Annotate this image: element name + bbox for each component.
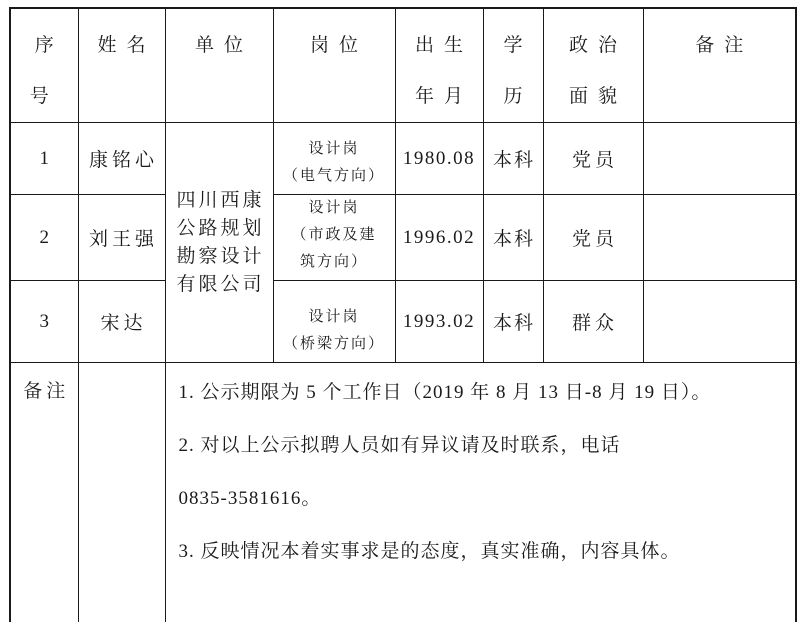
header-birthdate-line2: 年月 bbox=[396, 71, 483, 122]
table-row-1: 1 康铭心 四川西康 公路规划 勘察设计 有限公司 设计岗 （电气方向） 198… bbox=[10, 123, 796, 195]
note-line-1: 1. 公示期限为 5 个工作日（2019 年 8 月 13 日-8 月 19 日… bbox=[179, 366, 790, 419]
column-header-remark: 备注 bbox=[643, 8, 796, 123]
unit-name-line1: 四川西康 bbox=[166, 187, 273, 215]
header-political-line1: 政治 bbox=[544, 20, 643, 71]
personnel-roster-table: 序号 姓名 单位 岗位 出生 年月 学 历 政治 面貌 bbox=[9, 7, 797, 622]
header-birthdate-line1: 出生 bbox=[396, 20, 483, 71]
note-line-2: 2. 对以上公示拟聘人员如有异议请及时联系，电话 bbox=[179, 419, 790, 472]
row1-birthdate: 1980.08 bbox=[395, 123, 483, 195]
row1-remark bbox=[643, 123, 796, 195]
header-no-label: 序号 bbox=[11, 20, 78, 122]
row1-no: 1 bbox=[10, 123, 78, 195]
footer-empty-cell bbox=[78, 363, 165, 622]
header-name-label: 姓名 bbox=[79, 20, 165, 71]
header-position-label: 岗位 bbox=[274, 20, 395, 71]
unit-name-line2: 公路规划 bbox=[166, 215, 273, 243]
row2-position-line2: （市政及建 bbox=[274, 222, 395, 249]
column-header-birthdate: 出生 年月 bbox=[395, 8, 483, 123]
header-education-line1: 学 bbox=[484, 20, 543, 71]
row3-education: 本科 bbox=[483, 281, 543, 363]
row2-remark bbox=[643, 195, 796, 281]
note-line-4: 3. 反映情况本着实事求是的态度，真实准确，内容具体。 bbox=[179, 525, 790, 578]
row1-position: 设计岗 （电气方向） bbox=[273, 123, 395, 195]
unit-name-line4: 有限公司 bbox=[166, 271, 273, 299]
footer-notes-row: 备注 1. 公示期限为 5 个工作日（2019 年 8 月 13 日-8 月 1… bbox=[10, 363, 796, 622]
unit-name-line3: 勘察设计 bbox=[166, 243, 273, 271]
row2-position: 设计岗 （市政及建 筑方向） bbox=[273, 195, 395, 281]
row3-name: 宋达 bbox=[78, 281, 165, 363]
row3-birthdate: 1993.02 bbox=[395, 281, 483, 363]
merged-unit-cell: 四川西康 公路规划 勘察设计 有限公司 bbox=[165, 123, 273, 363]
header-row: 序号 姓名 单位 岗位 出生 年月 学 历 政治 面貌 bbox=[10, 8, 796, 123]
row2-no: 2 bbox=[10, 195, 78, 281]
table-row-2: 2 刘王强 设计岗 （市政及建 筑方向） 1996.02 本科 党员 bbox=[10, 195, 796, 281]
row1-position-line1: 设计岗 bbox=[274, 136, 395, 163]
row1-position-line2: （电气方向） bbox=[274, 163, 395, 190]
row2-name: 刘王强 bbox=[78, 195, 165, 281]
column-header-education: 学 历 bbox=[483, 8, 543, 123]
row1-name: 康铭心 bbox=[78, 123, 165, 195]
row3-position: 设计岗 （桥梁方向） bbox=[273, 281, 395, 363]
row3-position-line1: 设计岗 bbox=[274, 304, 395, 331]
header-political-line2: 面貌 bbox=[544, 71, 643, 122]
table-row-3: 3 宋达 设计岗 （桥梁方向） 1993.02 本科 群众 bbox=[10, 281, 796, 363]
column-header-no: 序号 bbox=[10, 8, 78, 123]
document-page: 序号 姓名 单位 岗位 出生 年月 学 历 政治 面貌 bbox=[0, 0, 800, 622]
row2-position-line3: 筑方向） bbox=[274, 249, 395, 276]
column-header-name: 姓名 bbox=[78, 8, 165, 123]
row2-birthdate: 1996.02 bbox=[395, 195, 483, 281]
footer-notes-cell: 1. 公示期限为 5 个工作日（2019 年 8 月 13 日-8 月 19 日… bbox=[165, 363, 796, 622]
row2-political-status: 党员 bbox=[543, 195, 643, 281]
row2-position-line1: 设计岗 bbox=[274, 195, 395, 222]
row3-no: 3 bbox=[10, 281, 78, 363]
header-unit-label: 单位 bbox=[166, 20, 273, 71]
note-line-3: 0835-3581616。 bbox=[179, 472, 790, 525]
row1-education: 本科 bbox=[483, 123, 543, 195]
header-remark-label: 备注 bbox=[644, 20, 796, 71]
header-education-line2: 历 bbox=[484, 71, 543, 122]
row1-political-status: 党员 bbox=[543, 123, 643, 195]
row3-remark bbox=[643, 281, 796, 363]
column-header-unit: 单位 bbox=[165, 8, 273, 123]
column-header-position: 岗位 bbox=[273, 8, 395, 123]
row2-education: 本科 bbox=[483, 195, 543, 281]
row3-position-line2: （桥梁方向） bbox=[274, 331, 395, 358]
row3-political-status: 群众 bbox=[543, 281, 643, 363]
footer-remark-label: 备注 bbox=[10, 363, 78, 622]
column-header-political-status: 政治 面貌 bbox=[543, 8, 643, 123]
